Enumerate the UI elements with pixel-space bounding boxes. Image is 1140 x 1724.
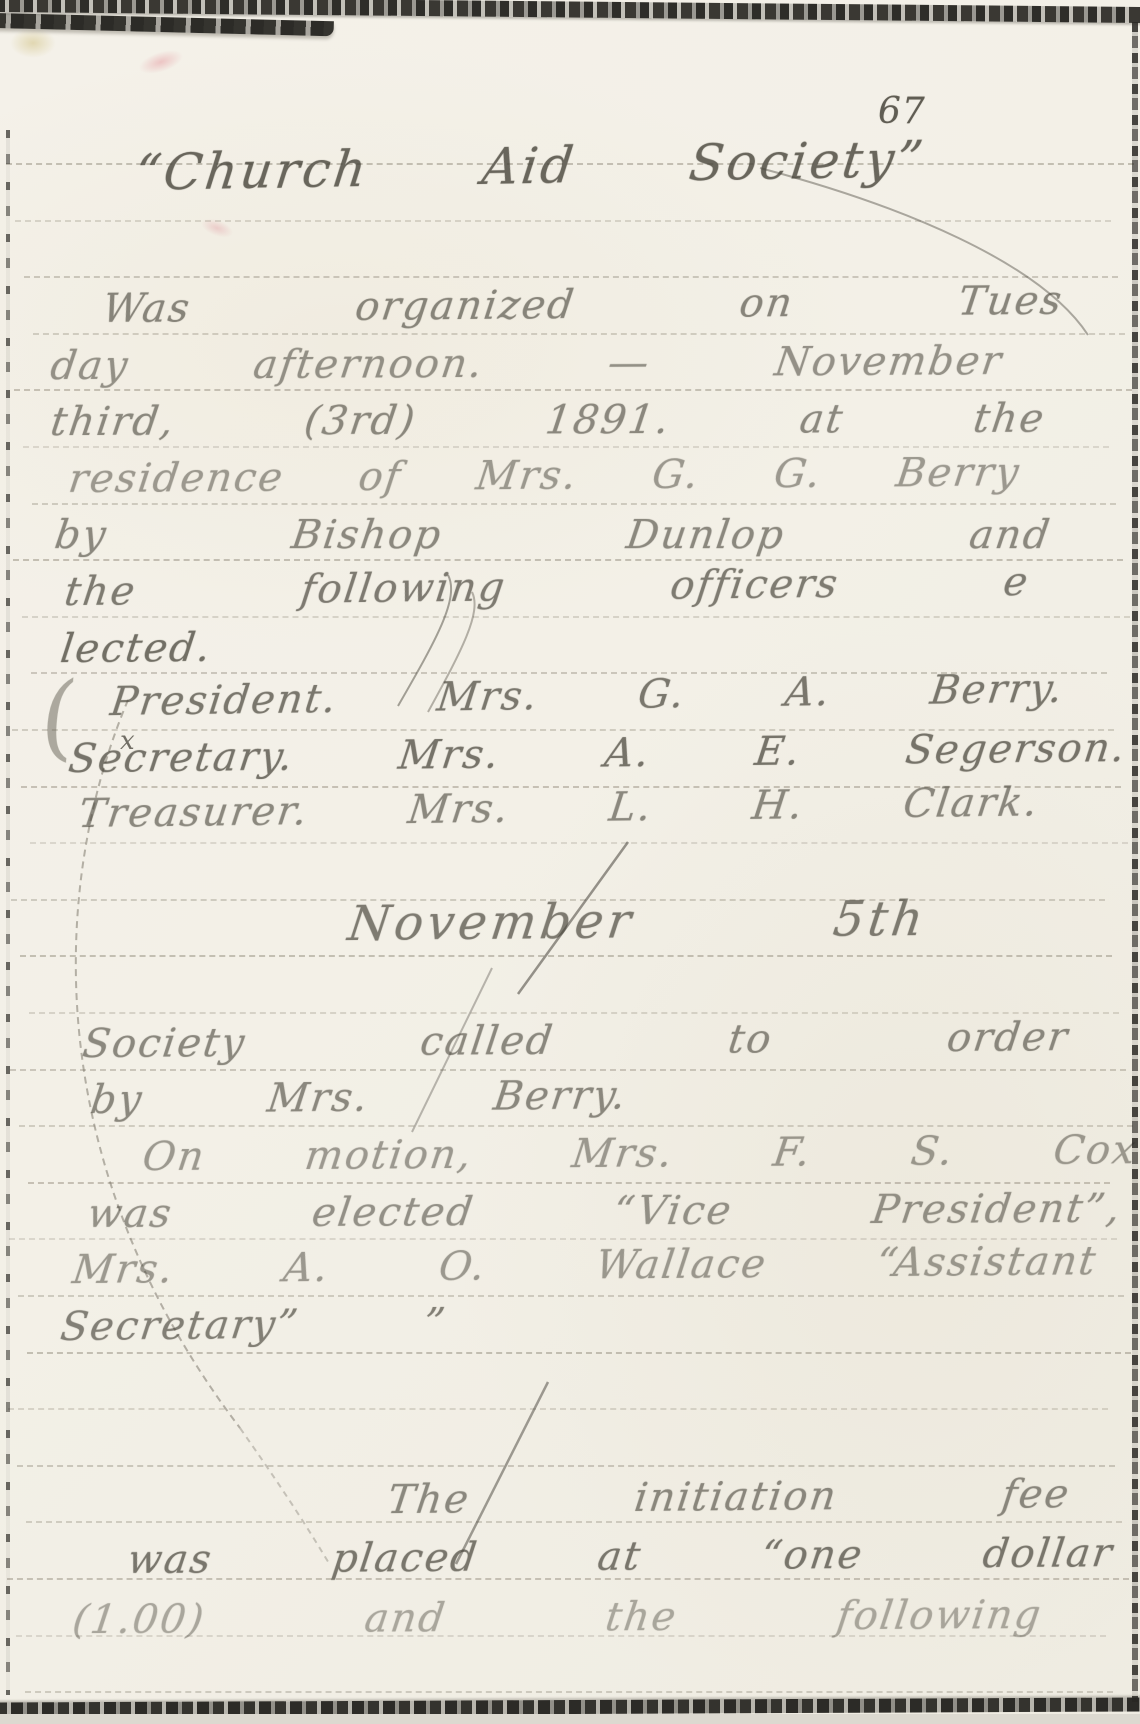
handwriting-line: by Mrs. Berry. bbox=[88, 1073, 630, 1122]
ruled-line bbox=[8, 1408, 1108, 1410]
handwriting-line: (1.00) and the following bbox=[70, 1593, 1045, 1642]
ruled-line bbox=[18, 1295, 1124, 1297]
ruled-line bbox=[14, 389, 1132, 391]
handwriting-line: Treasurer. Mrs. L. H. Clark. bbox=[76, 780, 1042, 836]
document-title: “Church Aid Society” bbox=[132, 132, 929, 201]
paper-stain-pink-2 bbox=[198, 215, 235, 242]
paper-stain-pink bbox=[136, 45, 186, 78]
handwriting-line: the following officers e bbox=[62, 560, 1032, 614]
handwriting-line: Society called to order bbox=[80, 1015, 1072, 1066]
scan-edge-bottom bbox=[0, 1697, 1140, 1716]
handwriting-line: day afternoon. — November bbox=[48, 339, 1006, 388]
handwriting-line: Mrs. A. O. Wallace “Assistant bbox=[70, 1239, 1100, 1292]
scan-edge-left bbox=[6, 130, 10, 1695]
ruled-line bbox=[25, 1691, 1113, 1693]
handwriting-line: residence of Mrs. G. G. Berry bbox=[66, 450, 1023, 501]
handwriting-line: On motion, Mrs. F. S. Cox bbox=[140, 1128, 1140, 1179]
handwriting-line: was placed at “one dollar bbox=[125, 1531, 1116, 1582]
ruled-line bbox=[27, 1352, 1131, 1354]
ruled-line bbox=[10, 1069, 1126, 1071]
ruled-line bbox=[23, 446, 1109, 448]
scan-edge-bottom-under bbox=[0, 1714, 1140, 1724]
ruled-line bbox=[22, 616, 1130, 618]
handwriting-line: Was organized on Tues bbox=[100, 279, 1066, 331]
ruled-line bbox=[32, 503, 1116, 505]
ruled-line bbox=[30, 842, 1128, 844]
ruled-line bbox=[15, 220, 1111, 222]
handwriting-line: was elected “Vice President”, bbox=[85, 1187, 1125, 1236]
handwriting-line: Secretary” ” bbox=[58, 1301, 449, 1349]
paper-stain-yellow bbox=[10, 28, 56, 58]
handwriting-line: lected. bbox=[58, 626, 215, 671]
entry-date-heading: November 5th bbox=[345, 893, 930, 951]
ruled-line bbox=[17, 1465, 1115, 1467]
ruled-line bbox=[29, 1012, 1119, 1014]
handwriting-line: The initiation fee bbox=[385, 1472, 1073, 1522]
page-number: 67 bbox=[878, 92, 926, 132]
handwriting-line: Secretary. Mrs. A. E. Segerson. bbox=[66, 726, 1129, 781]
handwriting-line: President. Mrs. G. A. Berry. bbox=[108, 667, 1067, 724]
handwriting-line: third, (3rd) 1891. at the bbox=[48, 397, 1048, 444]
scan-edge-right bbox=[1132, 22, 1138, 1702]
ruled-line bbox=[20, 955, 1112, 957]
handwriting-line: by Bishop Dunlop and bbox=[52, 513, 1054, 557]
ruled-line bbox=[33, 333, 1125, 335]
ruled-line bbox=[19, 1125, 1133, 1127]
ruled-line bbox=[28, 1182, 1110, 1184]
scan-edge-top bbox=[0, 0, 1140, 23]
manuscript-page: ( x 67 “Church Aid Society” Was organize… bbox=[0, 0, 1140, 1724]
